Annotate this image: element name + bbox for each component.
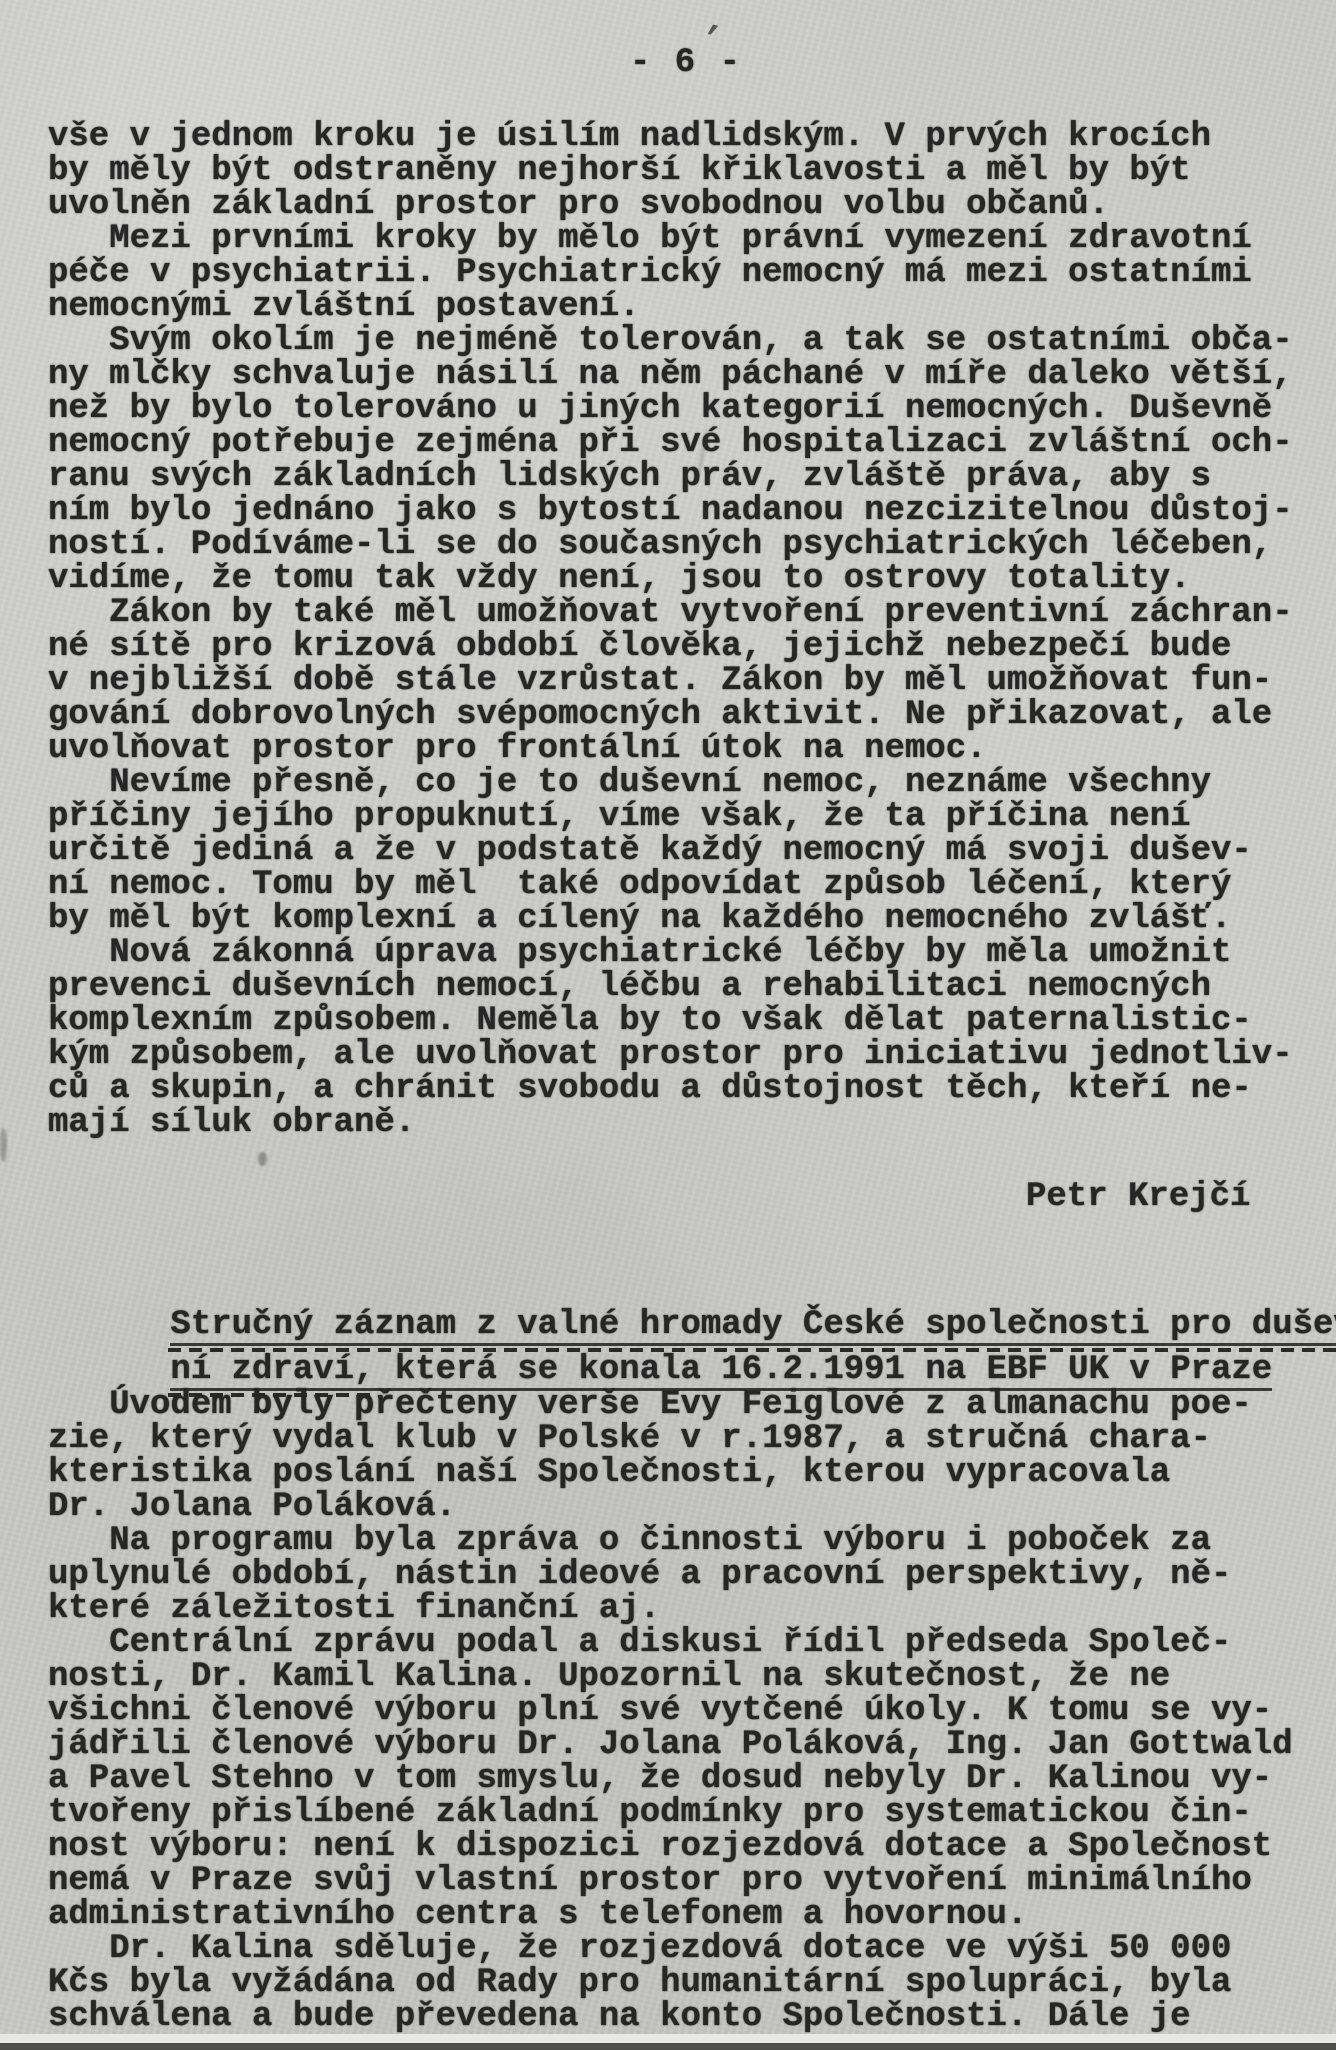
paragraph: Zákon by také měl umožňovat vytvoření pr… xyxy=(48,596,1316,766)
text-line: uplynulé období, nástin ideové a pracovn… xyxy=(48,1558,1316,1592)
text-line: nemocný potřebuje zejména při své hospit… xyxy=(48,426,1316,460)
text-line: prevenci duševních nemocí, léčbu a rehab… xyxy=(48,970,1316,1004)
text-line: schválena a bude převedena na konto Spol… xyxy=(48,2000,1316,2034)
ink-smudge xyxy=(258,1152,267,1166)
text-line: Dr. Jolana Poláková. xyxy=(48,1490,1316,1524)
text-line: nost výboru: není k dispozici rozjezdová… xyxy=(48,1830,1316,1864)
heading-line-2: ní zdraví, která se konala 16.2.1991 na … xyxy=(48,1319,1336,1364)
scan-edge-light-band xyxy=(0,2034,1336,2043)
text-line: Zákon by také měl umožňovat vytvoření pr… xyxy=(48,596,1316,630)
text-line: ců a skupin, a chránit svobodu a důstojn… xyxy=(48,1072,1316,1106)
paragraph: Centrální zprávu podal a diskusi řídil p… xyxy=(48,1626,1316,1932)
text-line: všichni členové výboru plní své vytčené … xyxy=(48,1694,1316,1728)
text-line: administrativního centra s telefonem a h… xyxy=(48,1898,1316,1932)
text-line: mají síluk obraně. xyxy=(48,1106,1316,1140)
text-line: ností. Podíváme-li se do současných psyc… xyxy=(48,528,1316,562)
text-line: nemá v Praze svůj vlastní prostor pro vy… xyxy=(48,1864,1316,1898)
text-line: kteristika poslání naší Společnosti, kte… xyxy=(48,1456,1316,1490)
text-line: uvolňovat prostor pro frontální útok na … xyxy=(48,732,1316,766)
text-line: vše v jednom kroku je úsilím nadlidským.… xyxy=(48,120,1316,154)
paragraph: Nová zákonná úprava psychiatrické léčby … xyxy=(48,936,1316,1140)
text-line: příčiny jejího propuknutí, víme však, že… xyxy=(48,800,1316,834)
text-line: gování dobrovolných svépomocných aktivit… xyxy=(48,698,1316,732)
text-line: Úvodem byly přečteny verše Evy Feiglové … xyxy=(48,1388,1316,1422)
text-line: nemocnými zvláštní postavení. xyxy=(48,290,1316,324)
text-line: zie, který vydal klub v Polské v r.1987,… xyxy=(48,1422,1316,1456)
text-line: ním bylo jednáno jako s bytostí nadanou … xyxy=(48,494,1316,528)
scan-edge-dark-band xyxy=(0,2043,1336,2050)
text-line: nosti, Dr. Kamil Kalina. Upozornil na sk… xyxy=(48,1660,1316,1694)
paragraph: Úvodem byly přečteny verše Evy Feiglové … xyxy=(48,1388,1316,1524)
page-edge-smudge xyxy=(0,1128,7,1162)
paragraph: Dr. Kalina sděluje, že rozjezdová dotace… xyxy=(48,1932,1316,2034)
paragraph: Na programu byla zpráva o činnosti výbor… xyxy=(48,1524,1316,1626)
heading-line-1: Stručný záznam z valné hromady České spo… xyxy=(48,1274,1336,1319)
paragraph: Mezi prvními kroky by mělo být právní vy… xyxy=(48,222,1316,324)
text-line: Mezi prvními kroky by mělo být právní vy… xyxy=(48,222,1316,256)
text-line: by měly být odstraněny nejhorší křiklavo… xyxy=(48,154,1316,188)
scanned-typewritten-page: ’ - 6 - vše v jednom kroku je úsilím nad… xyxy=(0,0,1336,2050)
text-line: Centrální zprávu podal a diskusi řídil p… xyxy=(48,1626,1316,1660)
text-line: jádřili členové výboru Dr. Jolana Poláko… xyxy=(48,1728,1316,1762)
article-body: vše v jednom kroku je úsilím nadlidským.… xyxy=(48,120,1316,1140)
text-line: Dr. Kalina sděluje, že rozjezdová dotace… xyxy=(48,1932,1316,1966)
text-line: Nevíme přesně, co je to duševní nemoc, n… xyxy=(48,766,1316,800)
text-line: Nová zákonná úprava psychiatrické léčby … xyxy=(48,936,1316,970)
text-line: Na programu byla zpráva o činnosti výbor… xyxy=(48,1524,1316,1558)
text-line: ny mlčky schvaluje násilí na něm páchané… xyxy=(48,358,1316,392)
text-line: by měl být komplexní a cílený na každého… xyxy=(48,902,1316,936)
text-line: a Pavel Stehno v tom smyslu, že dosud ne… xyxy=(48,1762,1316,1796)
text-line: vidíme, že tomu tak vždy není, jsou to o… xyxy=(48,562,1316,596)
paragraph: Svým okolím je nejméně tolerován, a tak … xyxy=(48,324,1316,596)
text-line: ranu svých základních lidských práv, zvl… xyxy=(48,460,1316,494)
text-line: ní nemoc. Tomu by měl také odpovídat způ… xyxy=(48,868,1316,902)
text-line: tvořeny přislíbené základní podmínky pro… xyxy=(48,1796,1316,1830)
text-line: komplexním způsobem. Neměla by to však d… xyxy=(48,1004,1316,1038)
text-line: né sítě pro krizová období člověka, jeji… xyxy=(48,630,1316,664)
report-body: Úvodem byly přečteny verše Evy Feiglové … xyxy=(48,1388,1316,2034)
section-heading: Stručný záznam z valné hromady České spo… xyxy=(48,1274,1336,1364)
paragraph: vše v jednom kroku je úsilím nadlidským.… xyxy=(48,120,1316,222)
author-signature: Petr Krejčí xyxy=(1026,1180,1250,1214)
text-line: kým způsobem, ale uvolňovat prostor pro … xyxy=(48,1038,1316,1072)
text-line: určitě jediná a že v podstatě každý nemo… xyxy=(48,834,1316,868)
text-line: uvolněn základní prostor pro svobodnou v… xyxy=(48,188,1316,222)
paragraph: Nevíme přesně, co je to duševní nemoc, n… xyxy=(48,766,1316,936)
text-line: Kčs byla vyžádána od Rady pro humanitárn… xyxy=(48,1966,1316,2000)
text-line: Svým okolím je nejméně tolerován, a tak … xyxy=(48,324,1316,358)
text-line: které záležitosti finanční aj. xyxy=(48,1592,1316,1626)
text-line: než by bylo tolerováno u jiných kategori… xyxy=(48,392,1316,426)
page-number: - 6 - xyxy=(630,46,742,80)
text-line: péče v psychiatrii. Psychiatrický nemocn… xyxy=(48,256,1316,290)
text-line: v nejbližší době stále vzrůstat. Zákon b… xyxy=(48,664,1316,698)
